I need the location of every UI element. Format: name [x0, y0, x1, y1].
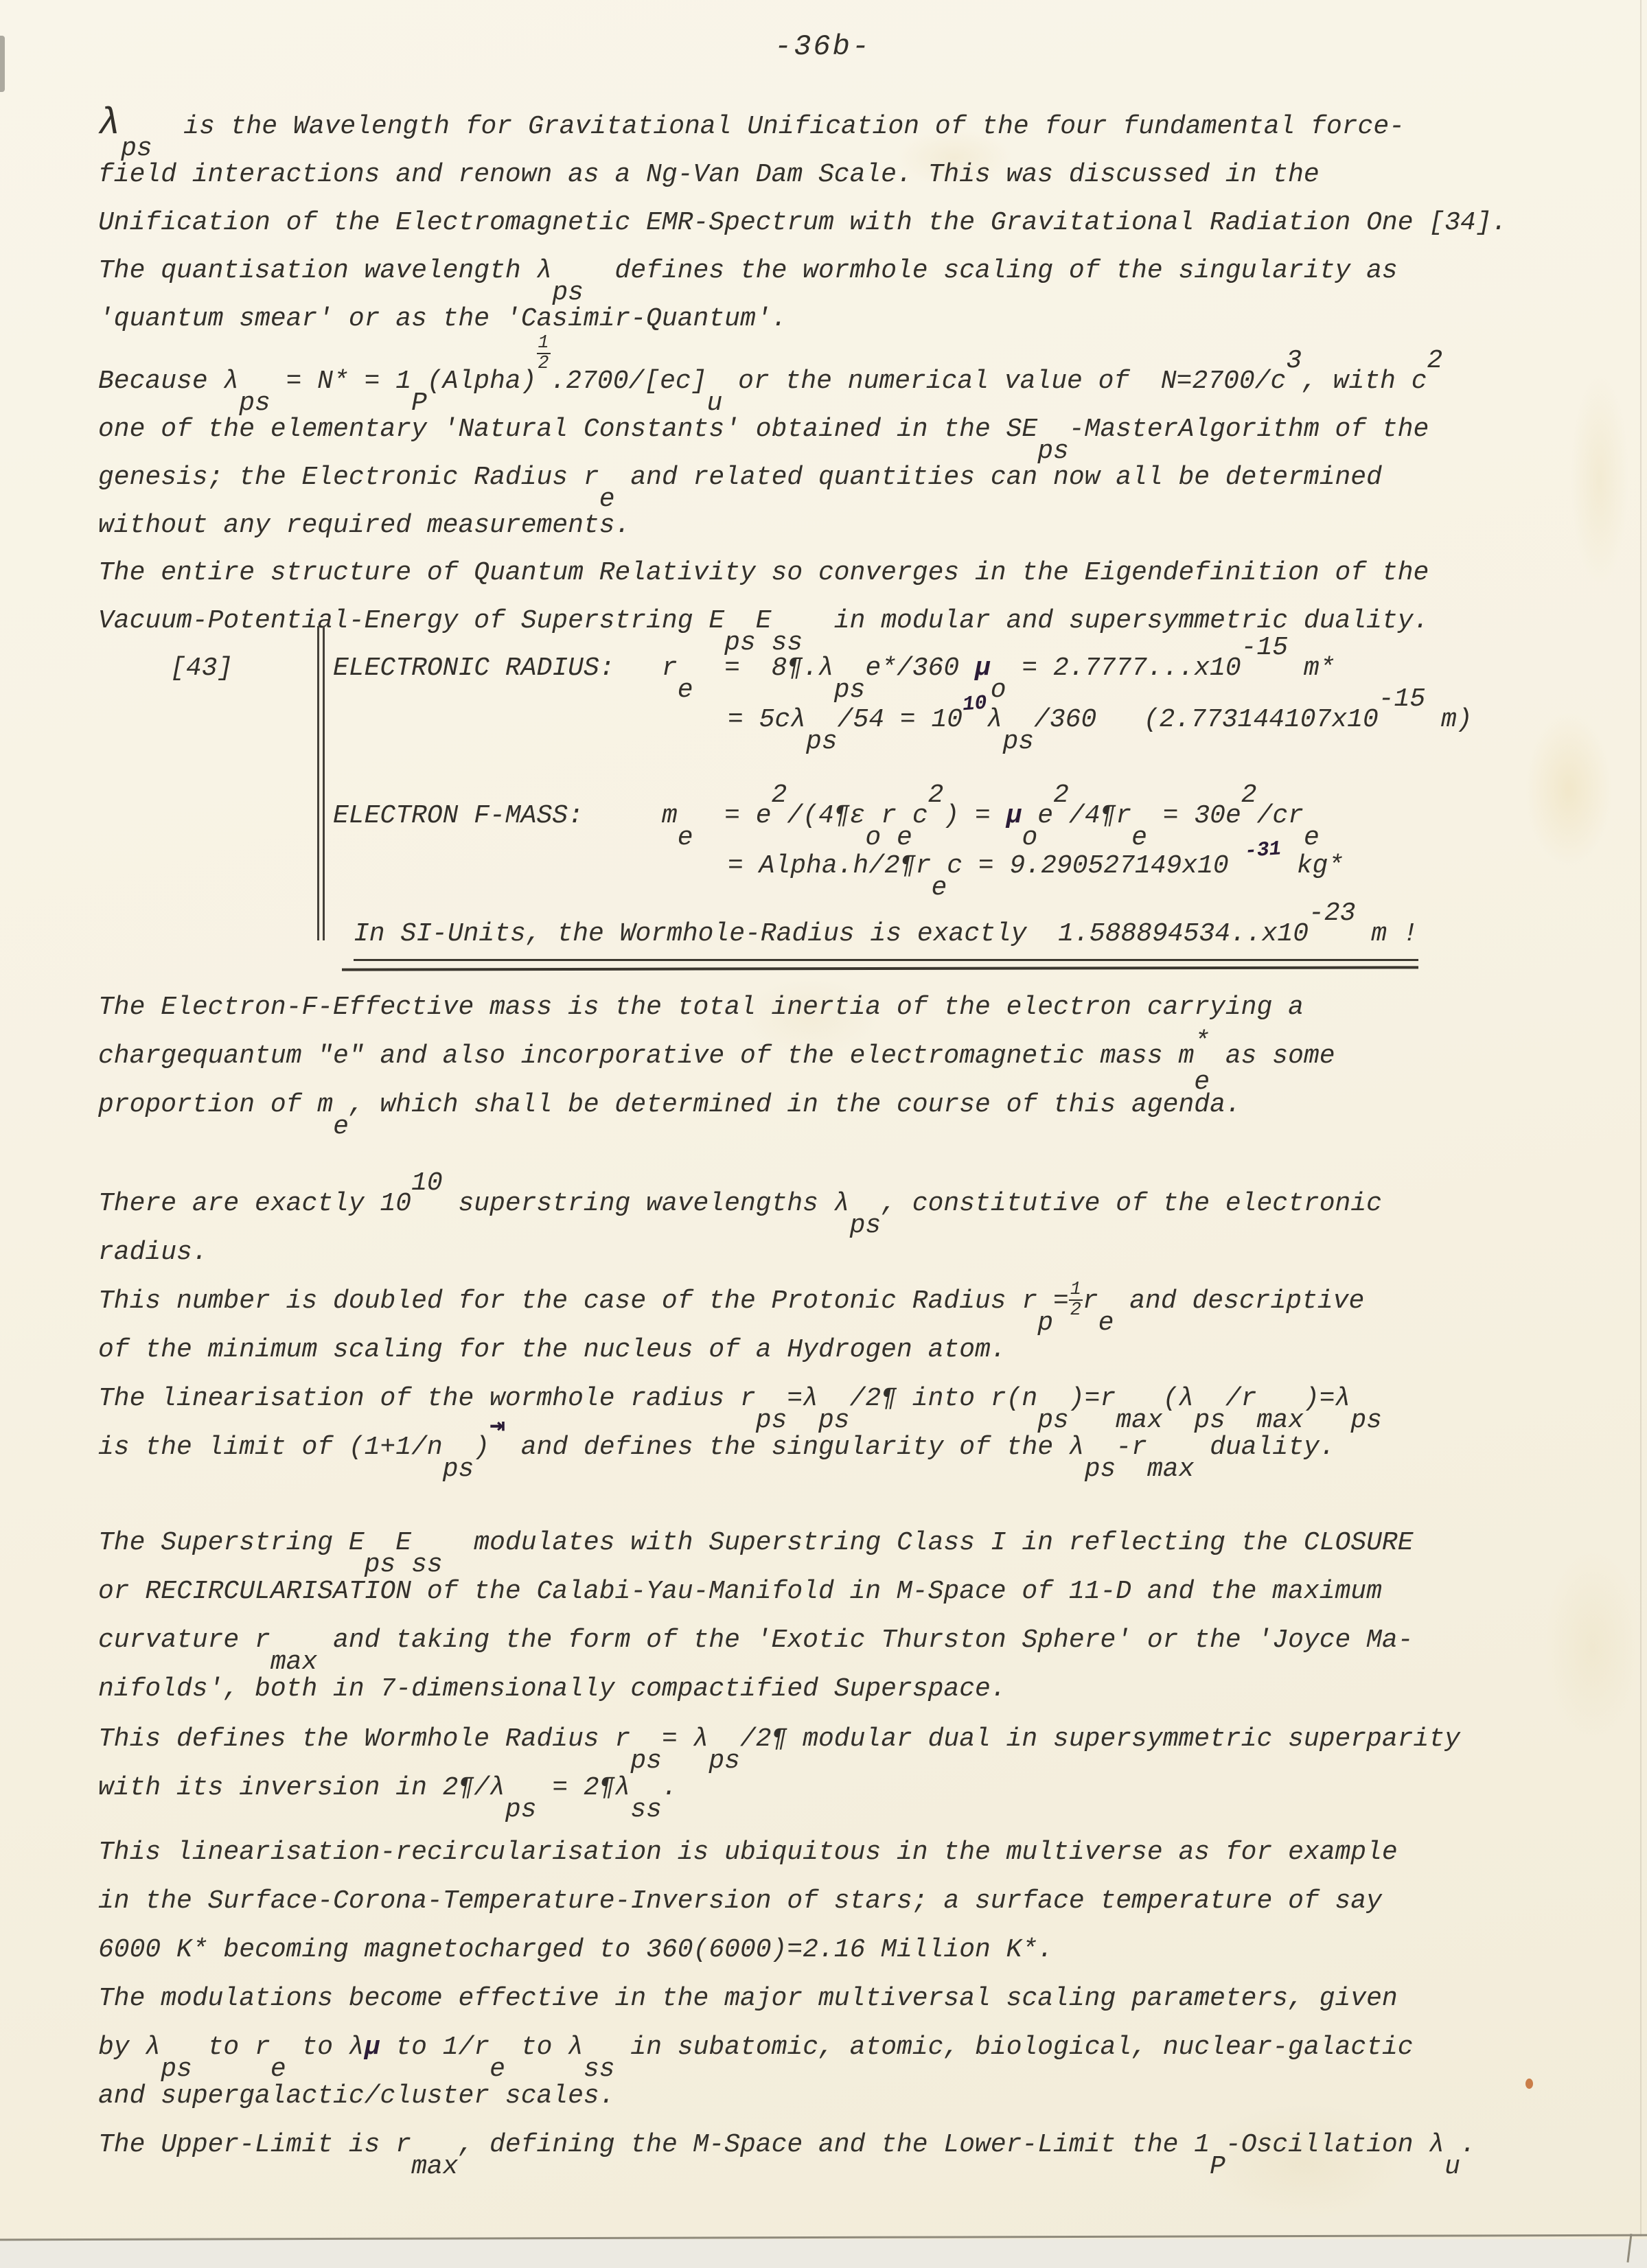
text-line: The Upper-Limit is rmax, defining the M-… — [98, 2120, 1581, 2169]
superscript: 10 — [411, 1168, 443, 1198]
superscript: 2 — [1053, 780, 1069, 810]
subscript: ps — [834, 675, 866, 705]
text-segment: = 2.7777...x10 — [1006, 653, 1241, 683]
text-segment: /4¶r — [1069, 801, 1131, 831]
text-line: The entire structure of Quantum Relativi… — [98, 549, 1581, 597]
text-segment: Vacuum-Potential-Energy of Superstring E — [98, 606, 724, 636]
equation-row: = 5cλps/54 = 1010λps/360 (2.773144107x10… — [728, 704, 1473, 737]
text-line: of the minimum scaling for the nucleus o… — [98, 1326, 1581, 1374]
text-line: in the Surface-Corona-Temperature-Invers… — [98, 1877, 1581, 1925]
text-segment: The quantisation wavelength λ — [98, 256, 552, 286]
text-segment: and taking the form of the 'Exotic Thurs… — [317, 1625, 1413, 1655]
paper-sheet: -36b- λps is the Wavelength for Gravitat… — [0, 0, 1647, 2239]
text-segment: There are exactly 10 — [98, 1189, 411, 1218]
fraction-denominator: 2 — [1069, 1301, 1083, 1320]
subscript: e — [678, 823, 693, 853]
text-line: chargequantum "e" and also incorporative… — [98, 1032, 1581, 1080]
text-segment: and defines the singularity of the λ — [505, 1433, 1085, 1462]
text-segment: .2700/[ec] — [551, 367, 707, 396]
text-segment: Because λ — [98, 367, 239, 396]
paragraph: There are exactly 1010 superstring wavel… — [98, 1179, 1581, 1472]
text-line: one of the elementary 'Natural Constants… — [98, 406, 1581, 454]
text-segment: to λ — [286, 2033, 365, 2062]
text-line: The modulations become effective in the … — [98, 1974, 1581, 2023]
subscript: e — [599, 485, 615, 514]
text-segment: radius. — [98, 1238, 208, 1267]
text-line: field interactions and renown as a Ng-Va… — [98, 151, 1581, 199]
text-segment: The Superstring E — [98, 1528, 365, 1558]
text-segment: nifolds', both in 7-dimensionally compac… — [98, 1674, 1006, 1704]
subscript: ps — [1037, 1406, 1069, 1435]
handwritten-superscript: -31 — [1243, 836, 1282, 864]
fraction-denominator: 2 — [537, 354, 551, 373]
lambda-glyph: λ — [98, 102, 121, 145]
subscript: ps — [239, 389, 270, 418]
text-line: by λps to re to λμ to 1/re to λss in sub… — [98, 2023, 1581, 2072]
text-segment: and descriptive — [1114, 1286, 1364, 1316]
text-segment: = e — [693, 801, 772, 831]
subscript: ps — [1350, 1406, 1382, 1435]
text-segment: )=λ — [1304, 1384, 1350, 1413]
text-segment: and related quantities can now all be de… — [615, 463, 1382, 492]
subscript: max — [1116, 1406, 1162, 1435]
text-segment: by λ — [98, 2033, 161, 2062]
text-line: Unification of the Electromagnetic EMR-S… — [98, 199, 1581, 247]
text-segment: is the limit of (1+1/n — [98, 1433, 443, 1462]
text-line: without any required measurements. — [98, 502, 1581, 550]
subscript: u — [707, 389, 723, 418]
text-segment: superstring wavelengths λ — [443, 1189, 850, 1218]
subscript: max — [1257, 1406, 1304, 1435]
fraction-numerator: 1 — [537, 334, 551, 354]
text-segment: ) — [474, 1433, 490, 1462]
text-segment: kg* — [1281, 851, 1344, 881]
subscript: o — [1022, 823, 1037, 853]
subscript: P — [411, 389, 427, 418]
text-segment: =λ — [787, 1384, 818, 1413]
superscript: 3 — [1286, 346, 1302, 375]
subscript: ps — [505, 1795, 537, 1825]
text-segment: This defines the Wormhole Radius r — [98, 1724, 630, 1754]
text-segment: or the numerical value of N=2700/c — [722, 367, 1286, 396]
superscript: 2 — [1241, 780, 1257, 810]
text-segment: or RECIRCULARISATION of the Calabi-Yau-M… — [98, 1577, 1382, 1606]
text-segment: to λ — [505, 2033, 584, 2062]
text-segment: /cr — [1257, 801, 1304, 831]
text-segment: , constitutive of the electronic — [881, 1189, 1382, 1218]
superscript: -23 — [1309, 899, 1355, 928]
text-segment: with its inversion in 2¶/λ — [98, 1773, 505, 1803]
page-number: -36b- — [774, 30, 871, 63]
text-segment: m ! — [1355, 919, 1418, 949]
paragraph: This linearisation-recircularisation is … — [98, 1828, 1581, 2169]
text-segment: λ — [987, 705, 1003, 734]
text-segment: ) = — [943, 801, 1006, 831]
text-segment: . — [662, 1773, 678, 1803]
text-segment: in subatomic, atomic, biological, nuclea… — [615, 2033, 1414, 2062]
text-segment: to 1/r — [380, 2033, 490, 2062]
text-segment: without any required measurements. — [98, 511, 630, 540]
subscript: ps — [365, 1550, 396, 1579]
text-segment: e*/360 — [865, 653, 975, 683]
text-segment: = 8¶.λ — [693, 653, 834, 683]
text-line: λps is the Wavelength for Gravitational … — [98, 103, 1581, 151]
text-segment: In SI-Units, the Wormhole-Radius is exac… — [354, 919, 1309, 949]
text-line: radius. — [98, 1228, 1581, 1277]
subscript: u — [1444, 2152, 1460, 2182]
superscript: -15 — [1241, 633, 1288, 662]
subscript: max — [270, 1647, 317, 1677]
fraction: 12 — [537, 334, 551, 373]
superscript: 2 — [1427, 346, 1443, 375]
text-line: The Superstring EpsEss modulates with Su… — [98, 1518, 1581, 1567]
fraction-numerator: 1 — [1069, 1280, 1083, 1301]
subscript: ps — [1002, 727, 1034, 756]
text-line: The Electron-F-Effective mass is the tot… — [98, 983, 1581, 1032]
paragraph: The Superstring EpsEss modulates with Su… — [98, 1518, 1581, 1713]
text-segment: /54 = 10 — [838, 705, 963, 734]
subscript: e — [1304, 823, 1320, 853]
text-line: or RECIRCULARISATION of the Calabi-Yau-M… — [98, 1567, 1581, 1616]
text-segment: r — [881, 801, 897, 831]
subscript: o — [991, 675, 1006, 705]
text-segment: -r — [1116, 1433, 1147, 1462]
text-segment: in modular and supersymmetric duality. — [803, 606, 1429, 636]
equation-row: = Alpha.h/2¶rec = 9.290527149x10 -31 kg* — [728, 850, 1344, 883]
text-segment: m* — [1288, 653, 1335, 683]
subscript: ps — [443, 1455, 474, 1484]
text-segment: r — [1083, 1286, 1098, 1316]
text-segment: is the Wavelength for Gravitational Unif… — [152, 112, 1405, 141]
text-line: genesis; the Electronic Radius re and re… — [98, 454, 1581, 502]
subscript: P — [1210, 2152, 1225, 2182]
text-segment: = — [1053, 1286, 1069, 1316]
text-segment: The Upper-Limit is r — [98, 2130, 411, 2160]
subscript: e — [897, 823, 912, 853]
text-segment: ELECTRONIC RADIUS: r — [333, 653, 678, 683]
subscript: ps — [1194, 1406, 1225, 1435]
subscript: e — [490, 2055, 505, 2084]
stack-subscript: e — [1194, 1058, 1210, 1107]
ink-fleck — [1525, 2079, 1533, 2089]
subscript: ps — [552, 278, 584, 308]
text-segment: to r — [192, 2033, 270, 2062]
text-segment: This number is doubled for the case of t… — [98, 1286, 1037, 1316]
subscript: max — [1147, 1455, 1194, 1484]
handwritten-mu: μ — [975, 653, 991, 683]
text-segment: c — [912, 801, 928, 831]
sup-sub-stack: *e — [1194, 1037, 1210, 1063]
text-segment: )=r — [1069, 1384, 1116, 1413]
text-segment: duality. — [1194, 1433, 1335, 1462]
text-segment: This linearisation-recircularisation is … — [98, 1838, 1398, 1867]
text-segment: The modulations become effective in the … — [98, 1984, 1398, 2013]
text-segment: E — [756, 606, 772, 636]
text-segment: = 5cλ — [728, 705, 806, 734]
text-segment: of the minimum scaling for the nucleus o… — [98, 1335, 1006, 1365]
text-line: This linearisation-recircularisation is … — [98, 1828, 1581, 1877]
text-segment: curvature r — [98, 1625, 270, 1655]
text-segment: /2¶ modular dual in supersymmetric super… — [740, 1724, 1460, 1754]
text-segment: 6000 K* becoming magnetocharged to 360(6… — [98, 1935, 1053, 1965]
text-segment: /r — [1225, 1384, 1257, 1413]
subscript: ps — [806, 727, 838, 756]
text-segment: . — [1460, 2130, 1476, 2160]
text-line: proportion of me, which shall be determi… — [98, 1080, 1581, 1129]
text-segment: and supergalactic/cluster scales. — [98, 2081, 615, 2111]
text-line: This defines the Wormhole Radius rps= λp… — [98, 1715, 1581, 1763]
paper-right-edge — [1640, 0, 1642, 2236]
text-line: The quantisation wavelength λps defines … — [98, 247, 1581, 295]
text-segment: = 2¶λ — [537, 1773, 631, 1803]
subscript: ps — [630, 1746, 662, 1776]
subscript: ps — [1037, 437, 1069, 466]
subscript: o — [865, 823, 881, 853]
text-segment: chargequantum "e" and also incorporative… — [98, 1041, 1194, 1071]
text-line: This number is doubled for the case of t… — [98, 1277, 1581, 1326]
text-segment: Unification of the Electromagnetic EMR-S… — [98, 208, 1507, 238]
fraction: 12 — [1069, 1280, 1083, 1320]
text-segment: The Electron-F-Effective mass is the tot… — [98, 993, 1304, 1022]
subscript: p — [1037, 1308, 1053, 1338]
text-line: The linearisation of the wormhole radius… — [98, 1374, 1581, 1423]
text-segment: one of the elementary 'Natural Constants… — [98, 415, 1037, 444]
paragraph: Because λps = N* = 1P(Alpha)12.2700/[ec]… — [98, 354, 1581, 550]
text-segment: as some — [1210, 1041, 1335, 1071]
subscript: ps — [161, 2055, 192, 2084]
scanned-typewritten-page: { "page": { "number": "-36b-" }, "ink": … — [0, 0, 1647, 2268]
text-line: nifolds', both in 7-dimensionally compac… — [98, 1665, 1581, 1713]
text-segment: -Oscillation λ — [1225, 2130, 1444, 2160]
text-segment: /(4¶ε — [787, 801, 865, 831]
text-segment: c = 9.290527149x10 — [947, 851, 1244, 881]
subscript: ps — [1085, 1455, 1116, 1484]
text-segment: , which shall be determined in the cours… — [349, 1090, 1241, 1120]
text-segment: (λ — [1163, 1384, 1195, 1413]
subscript: e — [931, 873, 947, 903]
text-segment: proportion of m — [98, 1090, 333, 1120]
si-units-result-line: In SI-Units, the Wormhole-Radius is exac… — [354, 918, 1418, 961]
text-segment: , with c — [1302, 367, 1427, 396]
subscript: e — [270, 2055, 286, 2084]
text-segment: e — [1037, 801, 1053, 831]
text-segment: (Alpha) — [427, 367, 537, 396]
handwritten-mu: μ — [1006, 801, 1022, 831]
paragraph: This defines the Wormhole Radius rps= λp… — [98, 1715, 1581, 1812]
text-segment: The entire structure of Quantum Relativi… — [98, 558, 1429, 588]
subscript: e — [333, 1112, 349, 1142]
text-segment: E — [395, 1528, 411, 1558]
text-segment: defines the wormhole scaling of the sing… — [584, 256, 1398, 286]
subscript: e — [1131, 823, 1147, 853]
text-segment: ELECTRON F-MASS: m — [333, 801, 678, 831]
text-line: 'quantum smear' or as the 'Casimir-Quant… — [98, 295, 1581, 343]
subscript: ps — [756, 1406, 787, 1435]
equation-row: ELECTRONIC RADIUS: re = 8¶.λpse*/360 μo … — [333, 652, 1335, 685]
text-segment: = Alpha.h/2¶r — [728, 851, 931, 881]
subscript: ss — [411, 1550, 443, 1579]
text-segment: -MasterAlgorithm of the — [1069, 415, 1429, 444]
paragraph: The Electron-F-Effective mass is the tot… — [98, 983, 1581, 1129]
handwritten-superscript: 10 — [962, 691, 988, 717]
scan-edge-artifact — [0, 36, 5, 92]
heavy-underline — [342, 966, 1418, 971]
text-segment: = λ — [662, 1724, 709, 1754]
superscript: 2 — [772, 780, 787, 810]
subscript: ps — [709, 1746, 740, 1776]
text-segment: 'quantum smear' or as the 'Casimir-Quant… — [98, 304, 787, 334]
paragraph: λps is the Wavelength for Gravitational … — [98, 103, 1581, 343]
text-segment: = 30e — [1147, 801, 1241, 831]
text-segment: /2¶ into r(n — [850, 1384, 1038, 1413]
subscript: ps — [121, 134, 152, 163]
handwritten-mark: ⇥ — [490, 1412, 505, 1442]
subscript: ps — [818, 1406, 850, 1435]
text-segment: field interactions and renown as a Ng-Va… — [98, 160, 1320, 189]
text-line: and supergalactic/cluster scales. — [98, 2072, 1581, 2120]
text-line: curvature rmax and taking the form of th… — [98, 1616, 1581, 1665]
subscript: ss — [630, 1795, 662, 1825]
text-line: with its inversion in 2¶/λps = 2¶λss. — [98, 1763, 1581, 1812]
subscript: e — [678, 675, 693, 705]
text-segment: modulates with Superstring Class I in re… — [443, 1528, 1414, 1558]
subscript: ss — [584, 2055, 615, 2084]
text-line: Because λps = N* = 1P(Alpha)12.2700/[ec]… — [98, 354, 1581, 406]
subscript: e — [1098, 1308, 1114, 1338]
equation-reference-label: [43] — [170, 653, 233, 683]
text-segment: The linearisation of the wormhole radius… — [98, 1384, 756, 1413]
superscript: 2 — [928, 780, 944, 810]
handwritten-mu: μ — [365, 2033, 380, 2062]
equation-row: ELECTRON F-MASS: me = e2/(4¶εorec2) = μo… — [333, 800, 1320, 833]
superscript: -15 — [1379, 684, 1425, 714]
subscript: max — [411, 2152, 458, 2182]
text-segment: in the Surface-Corona-Temperature-Invers… — [98, 1886, 1382, 1916]
text-segment: m) — [1425, 705, 1472, 734]
text-segment: = N* = 1 — [270, 367, 411, 396]
double-vertical-rule — [317, 626, 325, 940]
text-segment: , defining the M-Space and the Lower-Lim… — [459, 2130, 1210, 2160]
text-line: There are exactly 1010 superstring wavel… — [98, 1179, 1581, 1228]
text-segment: /360 (2.773144107x10 — [1034, 705, 1379, 734]
subscript: ps — [850, 1211, 882, 1240]
text-segment: genesis; the Electronic Radius r — [98, 463, 599, 492]
text-line: 6000 K* becoming magnetocharged to 360(6… — [98, 1925, 1581, 1974]
